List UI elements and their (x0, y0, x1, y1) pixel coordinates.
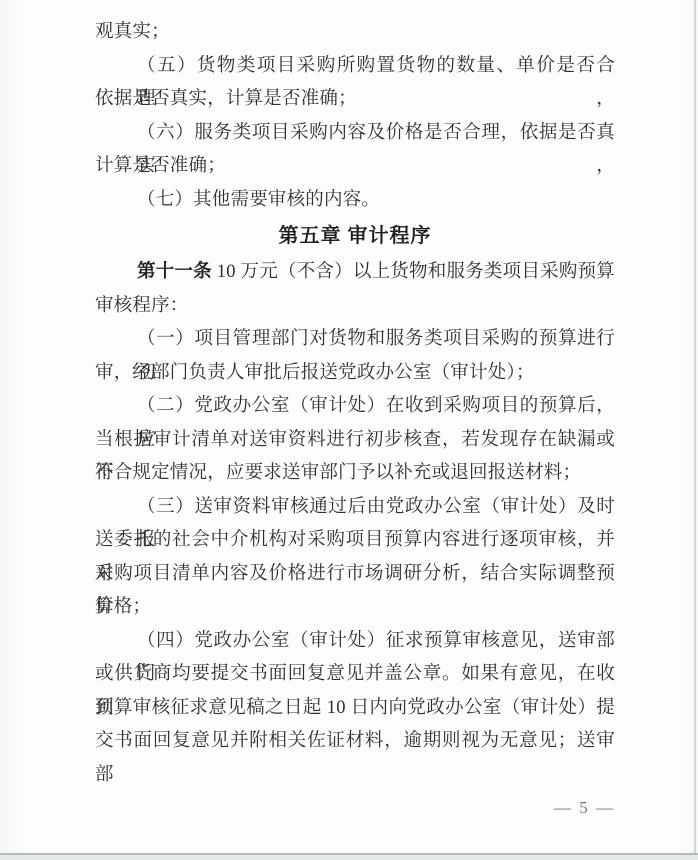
text-line: 当根据审计清单对送审资料进行初步核查，若发现存在缺漏或不 (95, 424, 615, 458)
text-line: 审核程序： (95, 290, 615, 324)
page-number: — 5 — (95, 791, 615, 825)
text-line: 符合规定情况，应要求送审部门予以补充或退回报送材料； (95, 457, 615, 491)
text-line: 交书面回复意见并附相关佐证材料，逾期则视为无意见；送审部 (95, 725, 615, 759)
text-line: （二）党政办公室（审计处）在收到采购项目的预算后，应 (95, 390, 615, 424)
article-11-line: 第十一条 10 万元（不含）以上货物和服务类项目采购预算 (95, 256, 615, 290)
text-line: （四）党政办公室（审计处）征求预算审核意见，送审部门 (95, 625, 615, 659)
text-line: （六）服务类项目采购内容及价格是否合理，依据是否真实， (95, 117, 615, 151)
scanned-document-page: 观真实； （五）货物类项目采购所购置货物的数量、单价是否合理， 依据是否真实，计… (0, 0, 698, 860)
text-line: 送委托的社会中介机构对采购项目预算内容进行逐项审核，并对 (95, 524, 615, 558)
scan-bottom-edge (0, 853, 698, 860)
text-line: 审，经部门负责人审批后报送党政办公室（审计处）； (95, 357, 615, 391)
text-line: 价格； (95, 591, 615, 625)
text-line: （三）送审资料审核通过后由党政办公室（审计处）及时报 (95, 491, 615, 525)
article-number-bold: 第十一条 (137, 262, 212, 282)
text-line: 采购项目清单内容及价格进行市场调研分析，结合实际调整预算 (95, 558, 615, 592)
text-line: 预算审核征求意见稿之日起 10 日内向党政办公室（审计处）提 (95, 692, 615, 726)
document-body: 观真实； （五）货物类项目采购所购置货物的数量、单价是否合理， 依据是否真实，计… (95, 16, 615, 824)
text-line: 观真实； (95, 16, 615, 50)
text-line: （五）货物类项目采购所购置货物的数量、单价是否合理， (95, 50, 615, 84)
text-line: （七）其他需要审核的内容。 (95, 184, 615, 218)
scan-right-edge (694, 0, 696, 853)
text-line: 或供货商均要提交书面回复意见并盖公章。如果有意见，在收到 (95, 658, 615, 692)
text-line: （一）项目管理部门对货物和服务类项目采购的预算进行初 (95, 323, 615, 357)
chapter-heading: 第五章 审计程序 (95, 220, 615, 254)
article-text: 10 万元（不含）以上货物和服务类项目采购预算 (212, 262, 615, 282)
